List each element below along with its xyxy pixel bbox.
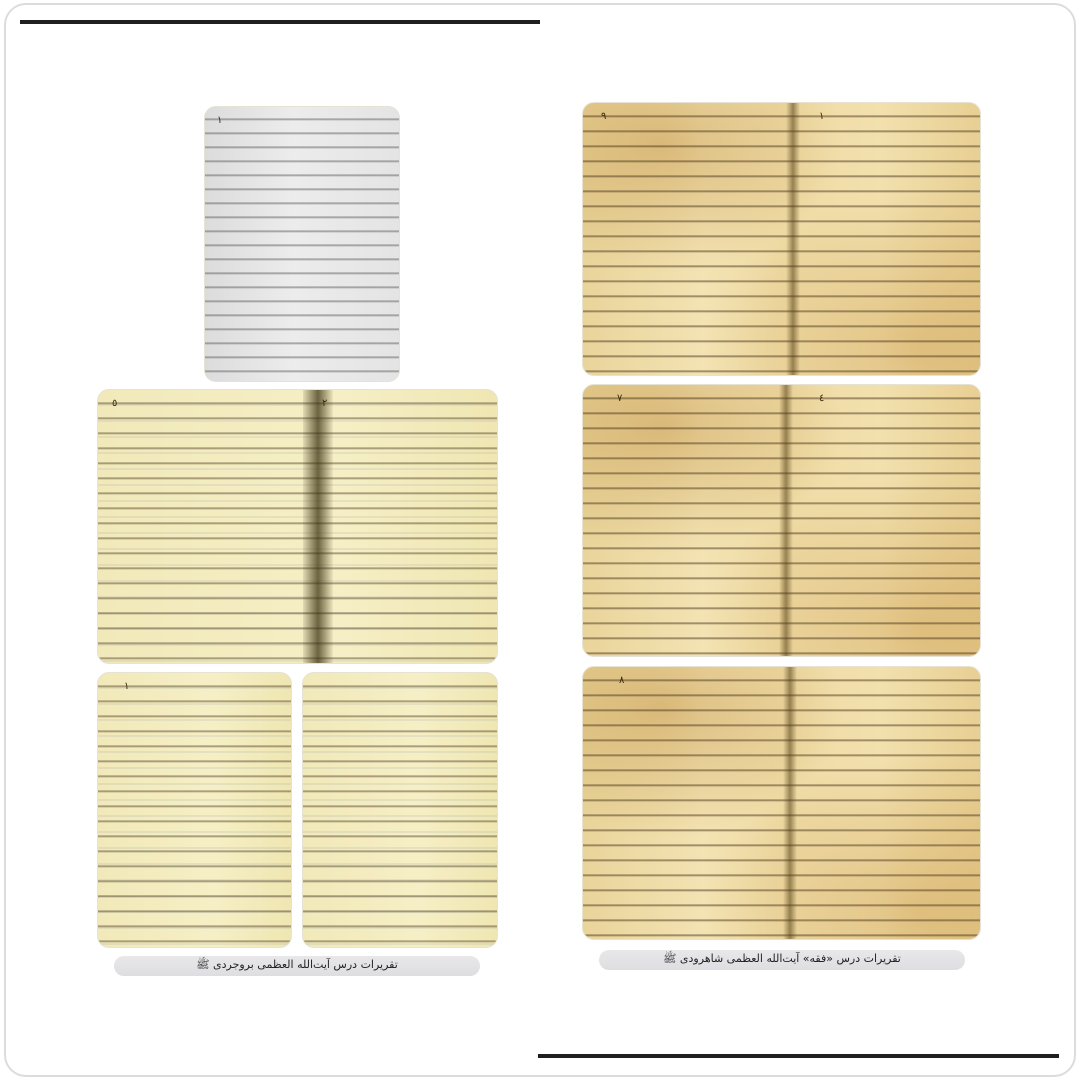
spread-fold-shadow [786, 103, 800, 375]
page-number-left: ٩ [601, 111, 606, 122]
page-number-right: ٤ [819, 393, 824, 404]
page-number-right: ١ [819, 111, 824, 122]
page-number-left: ٨ [619, 675, 624, 686]
manuscript-image-aged-spread-1[interactable]: ٩ ١ [582, 102, 981, 376]
manuscript-image-aged-spread-2[interactable]: ٧ ٤ [582, 384, 981, 657]
page-number-left: ٧ [617, 393, 622, 404]
page-number: ١ [217, 115, 222, 126]
page-number-right: ٢ [322, 398, 327, 409]
top-accent-line [20, 20, 540, 24]
spread-fold-shadow [783, 667, 797, 939]
bottom-accent-line [538, 1054, 1059, 1058]
caption-boroujerdi: تقریرات درس آیت‌الله العظمی بروجردی ﷺ [114, 956, 480, 976]
page-number: ١ [124, 681, 129, 692]
manuscript-image-notebook-left[interactable]: ١ [97, 672, 292, 948]
manuscript-image-notebook-spread[interactable]: ٥ ٢ [97, 389, 498, 664]
caption-shahroudi: تقریرات درس «فقه» آیت‌الله العظمی شاهرود… [599, 950, 965, 970]
manuscript-image-grayscale[interactable]: ١ [204, 106, 400, 382]
manuscript-image-aged-spread-3[interactable]: ٨ [582, 666, 981, 940]
spread-fold-shadow [779, 385, 793, 656]
page-number-left: ٥ [112, 398, 117, 409]
spread-fold-shadow [303, 390, 333, 663]
manuscript-image-notebook-right[interactable] [302, 672, 498, 948]
